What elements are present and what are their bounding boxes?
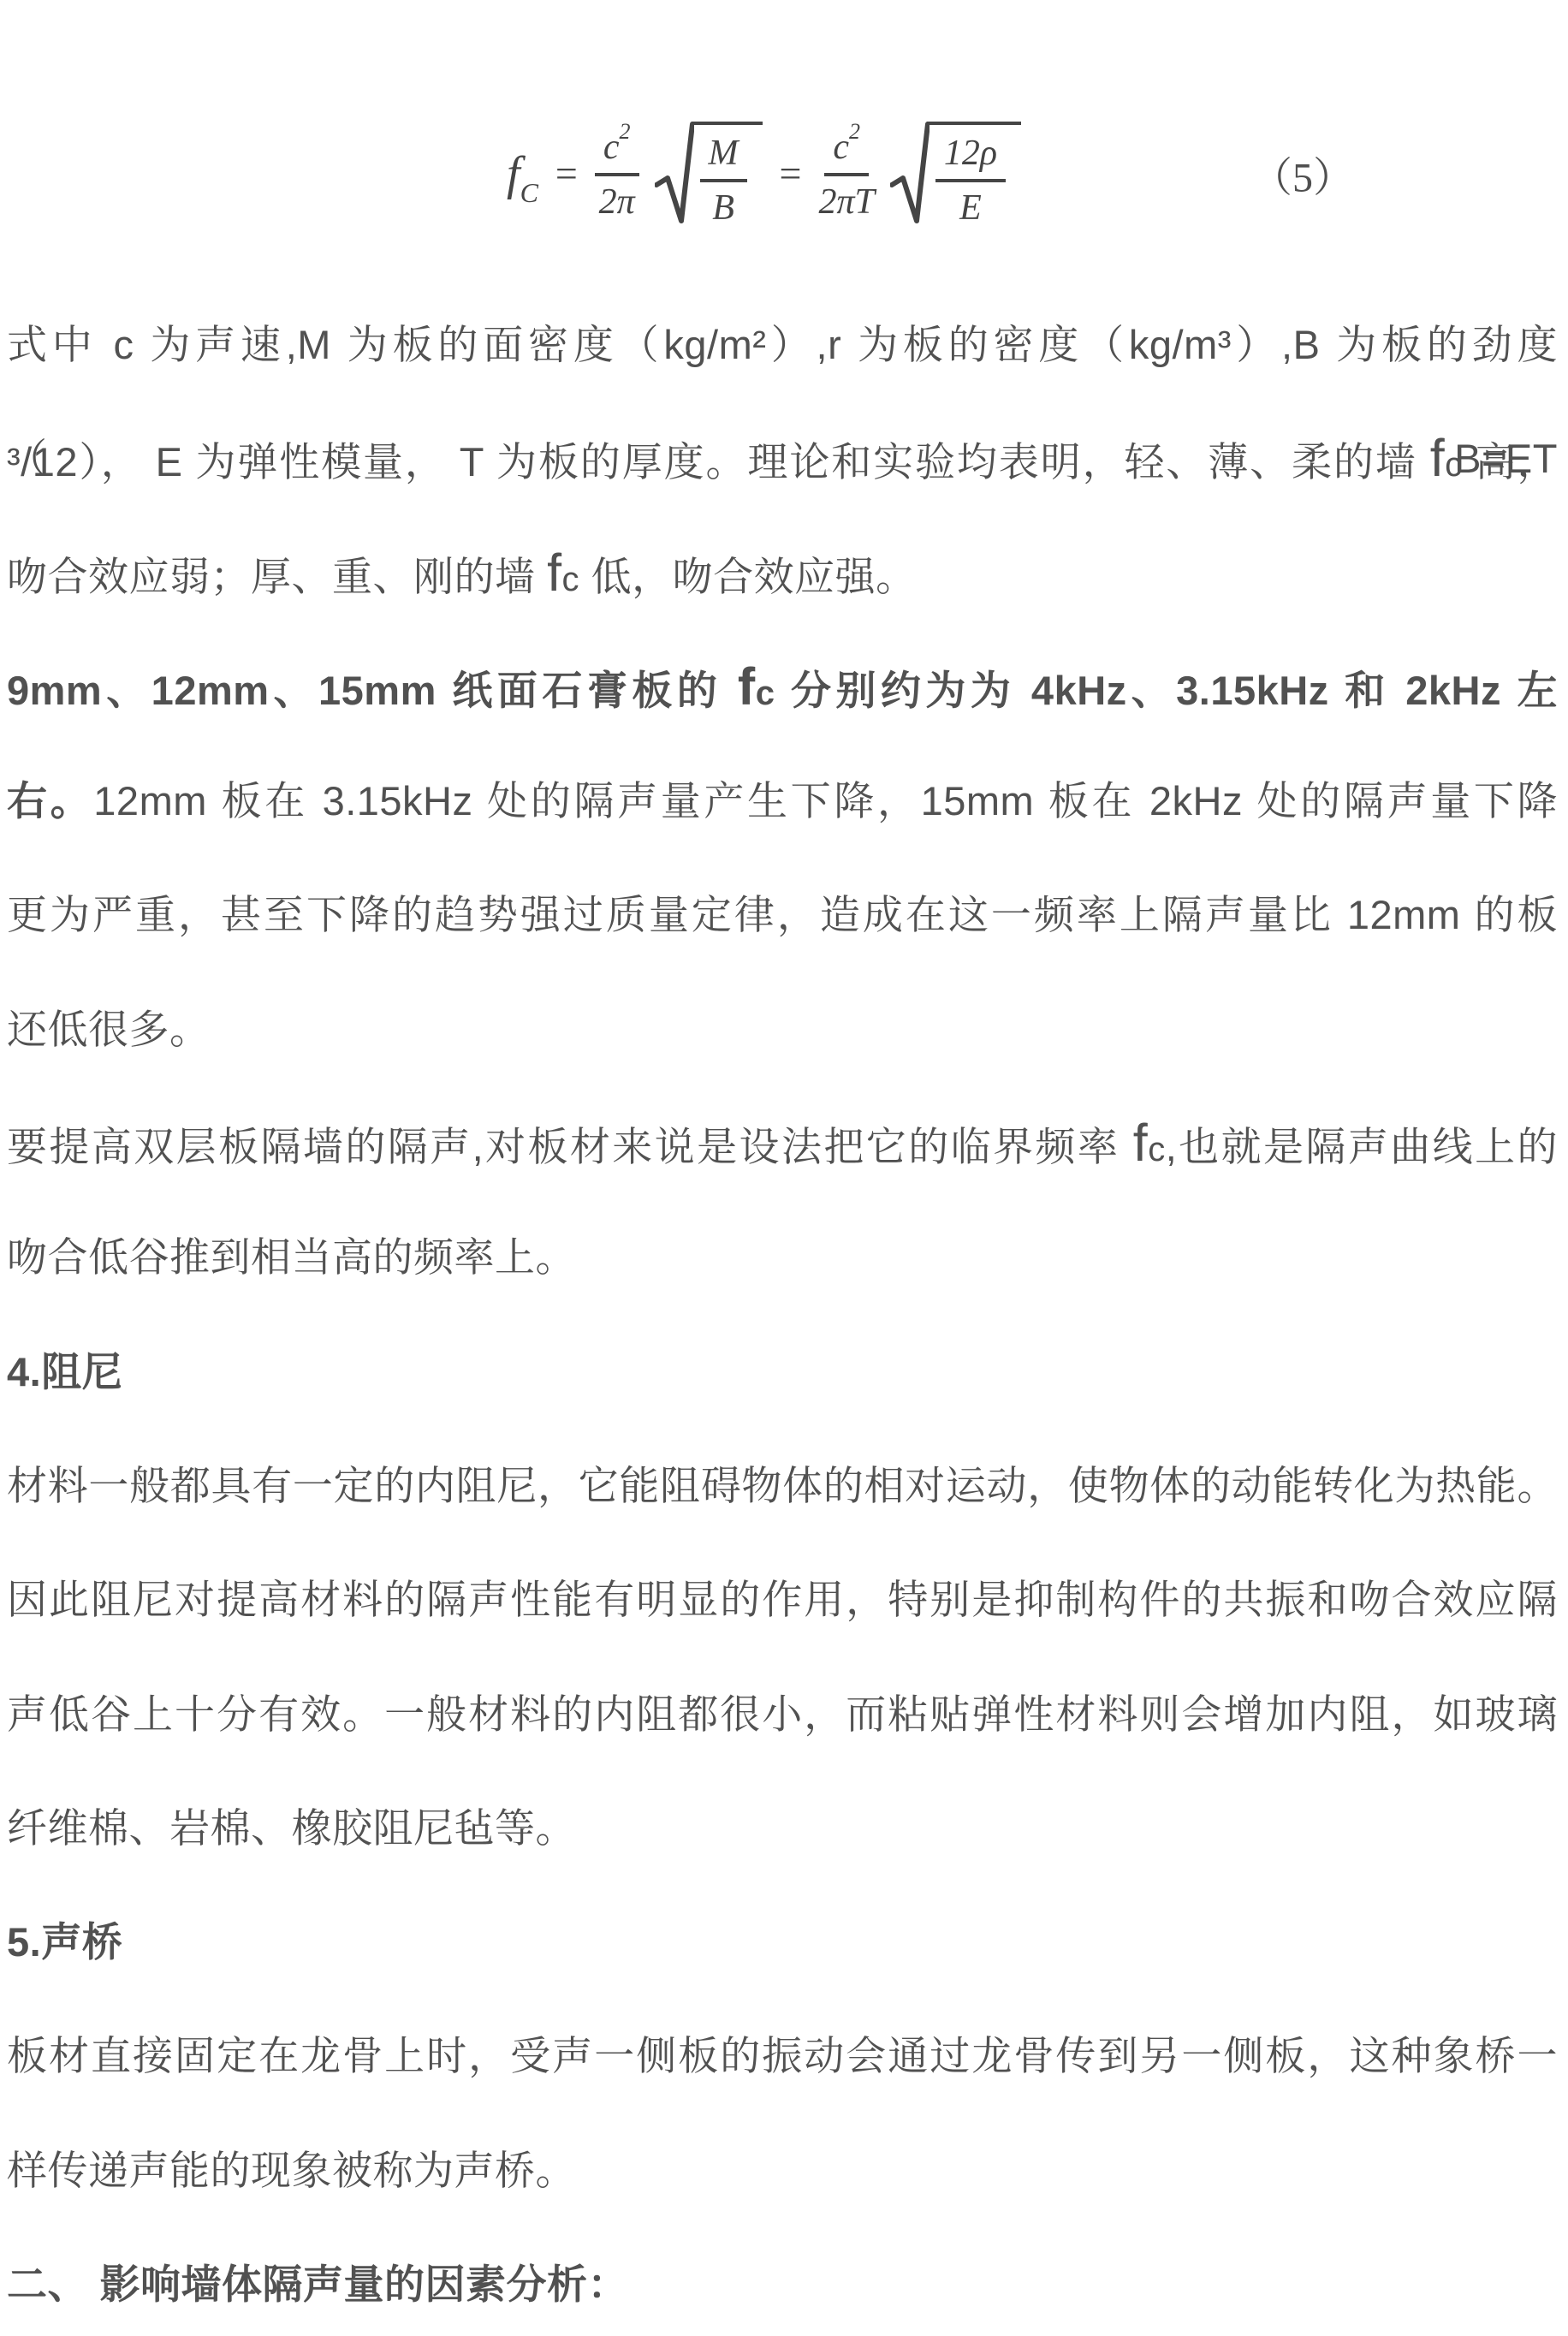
paragraph-formula-explain-line-2: ³/12）， E 为弹性模量， T 为板的厚度。理论和实验均表明，轻、薄、柔的墙…: [7, 401, 1558, 515]
heading-damping: 4.阻尼: [7, 1315, 1558, 1429]
fraction-denominator: E: [959, 182, 982, 226]
fraction-c2-2pi: c2 2π: [595, 128, 639, 220]
paragraph-improve-line-2: 吻合低谷推到相当高的频率上。: [7, 1200, 1558, 1314]
paragraph-gypsum-line-1: 9mm、12mm、15mm 纸面石膏板的 fc 分别约为为 4kHz、3.15k…: [7, 630, 1558, 744]
fraction-denominator: 2π: [599, 176, 635, 220]
fraction-numerator: M: [700, 134, 747, 182]
square-root-12rho-E: 12ρ E: [890, 122, 1021, 226]
fraction-c2-2piT: c2 2πT: [818, 128, 874, 220]
heading-factors-analysis: 二、 影响墙体隔声量的因素分析：: [7, 2227, 1558, 2336]
paragraph-gypsum-line-4: 还低很多。: [7, 972, 1558, 1086]
paragraph-damping-line-4: 纤维棉、岩棉、橡胶阻尼毡等。: [7, 1771, 1558, 1885]
fc-symbol: fc: [1430, 439, 1463, 484]
radicand: M B: [692, 122, 763, 226]
radical-sign-icon: [655, 122, 694, 226]
equals-sign: =: [778, 154, 804, 193]
fc-symbol: fc: [738, 668, 775, 713]
fraction-numerator: 12ρ: [935, 134, 1006, 182]
heading-sound-bridge: 5.声桥: [7, 1885, 1558, 1999]
fraction-denominator: B: [712, 182, 734, 226]
paragraph-damping-line-1: 材料一般都具有一定的内阻尼，它能阻碍物体的相对运动，使物体的动能转化为热能。: [7, 1429, 1558, 1542]
paragraph-improve-line-1: 要提高双层板隔墙的隔声,对板材来说是设法把它的临界频率 fc,也就是隔声曲线上的: [7, 1086, 1558, 1200]
formula-fc-symbol: fC: [507, 150, 538, 198]
paragraph-formula-explain-line-1: 式中 c 为声速,M 为板的面密度（kg/m²）,r 为板的密度（kg/m³）,…: [7, 288, 1558, 401]
formula-equation: fC = c2 2π M B = c2 2πT: [507, 122, 1021, 226]
radicand: 12ρ E: [927, 122, 1021, 226]
fraction-denominator: 2πT: [818, 176, 874, 220]
equals-sign: =: [554, 154, 579, 193]
formula-f: f: [507, 150, 520, 198]
square-root-M-B: M B: [655, 122, 763, 226]
fc-symbol: fc: [547, 554, 579, 599]
fraction-numerator: c2: [595, 128, 639, 176]
paragraph-formula-explain-line-3: 吻合效应弱；厚、重、刚的墙 fc 低，吻合效应强。: [7, 516, 1558, 630]
formula-block: fC = c2 2π M B = c2 2πT: [0, 81, 1568, 265]
paragraph-damping-line-3: 声低谷上十分有效。一般材料的内阻都很小，而粘贴弹性材料则会增加内阻，如玻璃: [7, 1657, 1558, 1771]
paragraph-damping-line-2: 因此阻尼对提高材料的隔声性能有明显的作用，特别是抑制构件的共振和吻合效应隔: [7, 1542, 1558, 1656]
formula-f-subscript: C: [520, 179, 538, 206]
document-text: 式中 c 为声速,M 为板的面密度（kg/m²）,r 为板的密度（kg/m³）,…: [7, 288, 1558, 2336]
paragraph-gypsum-line-2: 右。12mm 板在 3.15kHz 处的隔声量产生下降，15mm 板在 2kHz…: [7, 744, 1558, 858]
fraction-numerator: c2: [824, 128, 869, 176]
radical-sign-icon: [890, 122, 930, 226]
paragraph-sound-bridge-line-1: 板材直接固定在龙骨上时，受声一侧板的振动会通过龙骨传到另一侧板，这种象桥一: [7, 1999, 1558, 2113]
paragraph-gypsum-line-3: 更为严重，甚至下降的趋势强过质量定律，造成在这一频率上隔声量比 12mm 的板: [7, 858, 1558, 972]
fc-symbol: fc: [1133, 1124, 1166, 1169]
paragraph-sound-bridge-line-2: 样传递声能的现象被称为声桥。: [7, 2113, 1558, 2227]
equation-number: （5）: [1251, 144, 1354, 203]
